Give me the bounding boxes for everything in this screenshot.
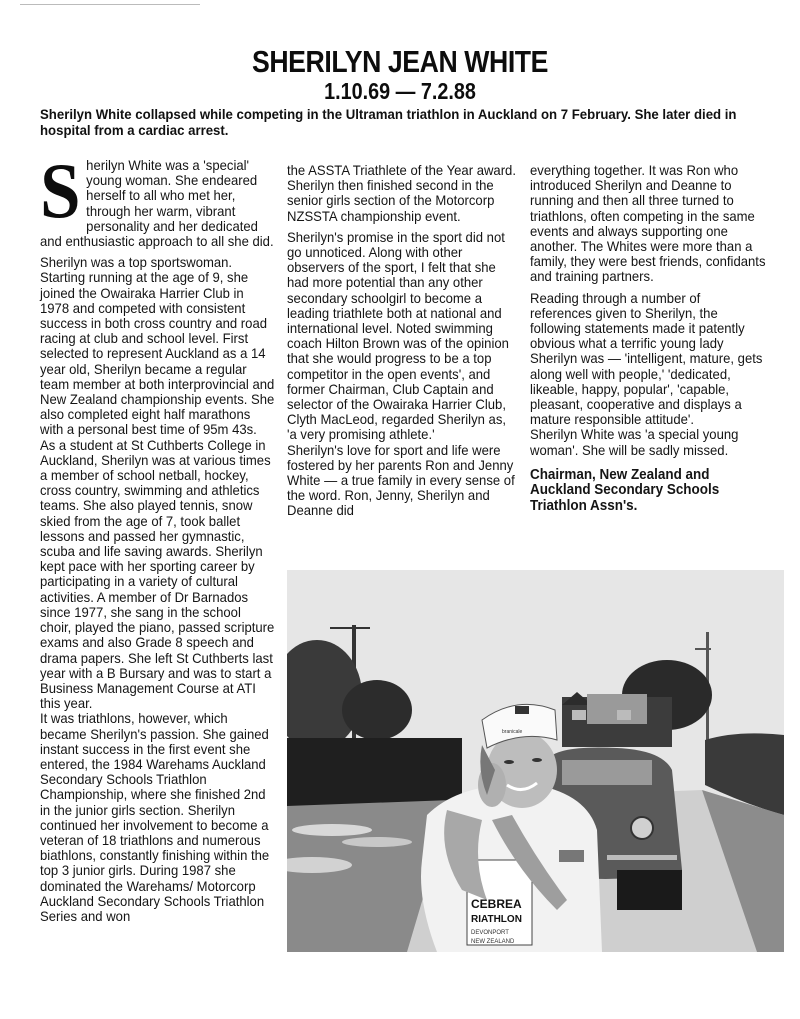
shirt-text: NEW ZEALAND — [471, 939, 515, 945]
page-title: SHERILYN JEAN WHITE — [56, 44, 744, 80]
paragraph: As a student at St Cuthberts College in … — [40, 438, 276, 712]
article-column-2: the ASSTA Triathlete of the Year award. … — [287, 163, 519, 519]
standfirst: Sherilyn White collapsed while competing… — [40, 108, 779, 139]
scan-artifact-line — [20, 4, 200, 5]
author-signoff: Chairman, New Zealand and Auckland Secon… — [530, 468, 766, 514]
paragraph: everything together. It was Ron who intr… — [530, 163, 766, 285]
paragraph: Sherilyn's love for sport and life were … — [287, 443, 519, 519]
paragraph: Sherilyn was a top sportswoman. Starting… — [40, 255, 276, 437]
article-column-3: everything together. It was Ron who intr… — [530, 163, 766, 514]
article-column-1: Sherilyn White was a 'special' young wom… — [40, 158, 276, 924]
life-dates: 1.10.69 — 7.2.88 — [56, 78, 744, 105]
paragraph: Sherilyn White was 'a special young woma… — [530, 427, 766, 457]
paragraph: the ASSTA Triathlete of the Year award. … — [287, 163, 519, 224]
paragraph: It was triathlons, however, which became… — [40, 711, 276, 924]
shirt-text: DEVONPORT — [471, 930, 509, 936]
cap-text: branicale — [502, 729, 523, 735]
shirt-text: RIATHLON — [471, 914, 522, 925]
paragraph: Sherilyn White was a 'special' young wom… — [40, 158, 276, 249]
portrait-photo: CEBREA RIATHLON DEVONPORT NEW ZEALAND br… — [287, 570, 784, 952]
shirt-text: CEBREA — [471, 897, 522, 911]
drop-cap: S — [40, 160, 81, 220]
paragraph: Sherilyn's promise in the sport did not … — [287, 230, 519, 443]
photo-illustration: CEBREA RIATHLON DEVONPORT NEW ZEALAND br… — [287, 570, 784, 952]
paragraph: Reading through a number of references g… — [530, 291, 766, 428]
